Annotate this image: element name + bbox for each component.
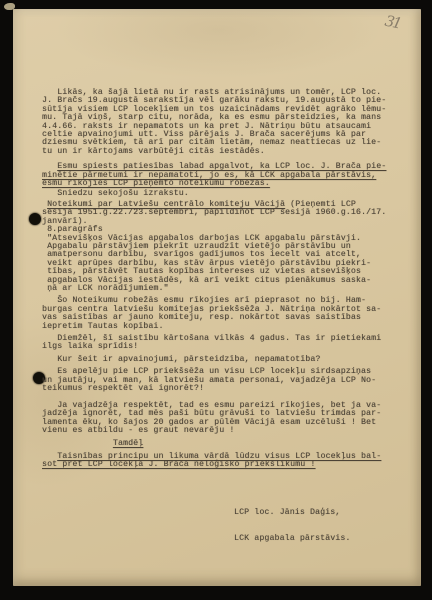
document-page: 31 Likās, ka šajā lietā nu ir rasts atri… [13,9,421,586]
text-line: ņā ar LCK norādījumiem." [42,285,414,293]
text-line: ilgs laika sprīdis! [42,343,414,351]
text-line: Sniedzu sekojošu izrakstu. [42,190,414,198]
paragraph-four-years: Diemžēl, šī saistību kārtošana vilkās 4 … [42,335,414,352]
scanned-letter-screenshot: { "page": { "handwritten_page_number": "… [0,0,432,600]
paragraph-final-plea-underlined: Taisnības principu un likuma vārdā lūdzu… [42,453,414,470]
handwritten-page-number: 31 [383,12,402,33]
text-line: iepretim Tautas kopībai. [42,323,414,331]
text-line: sot pret LCP locekļa J. Brača neloģisko … [42,461,414,469]
paragraph-regulations-title: Noteikumi par Latviešu centrālo komiteju… [42,201,414,235]
paragraph-hamburg: Šo Noteikumu robežās esmu rīkojies arī p… [42,297,414,331]
text-segment [42,439,113,448]
text-line: teikumus respektēt vai ignorēt?! [42,385,414,393]
signature-title: LCK apgabala pārstāvis. [234,535,350,544]
text-line: sesijā 1951.g.22./23.septembrī, papildin… [42,209,414,217]
scan-background: 31 Likās, ka šajā lietā nu ir rasts atri… [0,0,432,600]
underlined-text: sot pret LCP locekļa J. Brača neloģisko … [42,460,315,469]
hole-punch-top [29,213,41,225]
text-line: vienu es atbildu - es graut nevarēju ! [42,427,414,435]
signature-block: LCP loc. Jānis Daģis, LCK apgabala pārst… [234,492,350,561]
text-line: esmu rīkojies LCP pieņemto noteikumu rob… [42,180,414,188]
letter-body: Likās, ka šajā lietā nu ir rasts atrisin… [42,89,414,470]
paragraph-intro: Likās, ka šajā lietā nu ir rasts atrisin… [42,89,414,156]
underlined-text: Tamdēļ [113,439,143,448]
paragraph-statement-underlined: Esmu spiests patiesības labad apgalvot, … [42,163,414,188]
paragraph-respect-or-ignore: Ja vajadzēja respektēt, tad es esmu pare… [42,402,414,436]
paragraph-rhetorical-question: Kur šeit ir apvainojumi, pārsteidzība, n… [42,356,414,364]
text-line: Tamdēļ [42,440,414,448]
paragraph-excerpt-lead: Sniedzu sekojošu izrakstu. [42,190,414,198]
text-line: tu un ir kārtojams varbūtēji citās iestā… [42,148,414,156]
text-line: Kur šeit ir apvainojumi, pārsteidzība, n… [42,356,414,364]
paragraph-appeal: Es apelēju pie LCP priekšsēža un visu LC… [42,368,414,402]
signature-name: LCP loc. Jānis Daģis, [234,509,350,518]
paper-stain [53,9,383,79]
paragraph-therefore: Tamdēļ [42,440,414,448]
paragraph-quote: "Atsevišķos Vācijas apgabalos darbojas L… [42,235,414,294]
underlined-text: esmu rīkojies LCP pieņemto noteikumu rob… [42,179,270,188]
